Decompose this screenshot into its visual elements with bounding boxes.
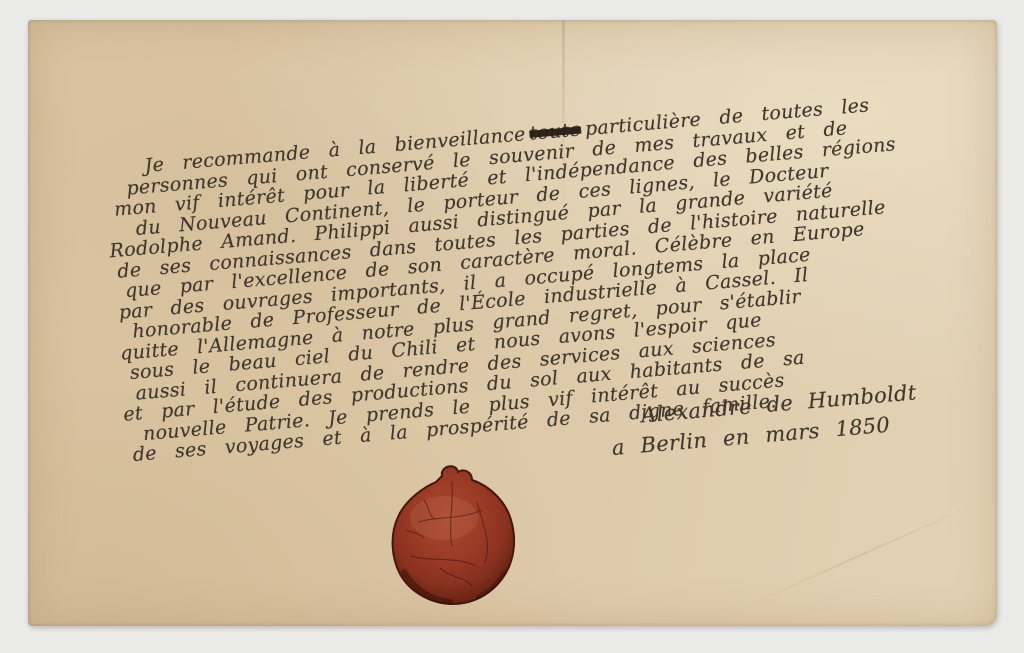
letter-text: Je recommande à la bienveillancetoutepar… — [98, 86, 1005, 518]
letter-paper: Je recommande à la bienveillancetoutepar… — [28, 20, 997, 626]
scanned-letter: Je recommande à la bienveillancetoutepar… — [0, 0, 1024, 653]
paper-crease-bottom — [742, 501, 980, 609]
wax-seal — [380, 460, 526, 620]
